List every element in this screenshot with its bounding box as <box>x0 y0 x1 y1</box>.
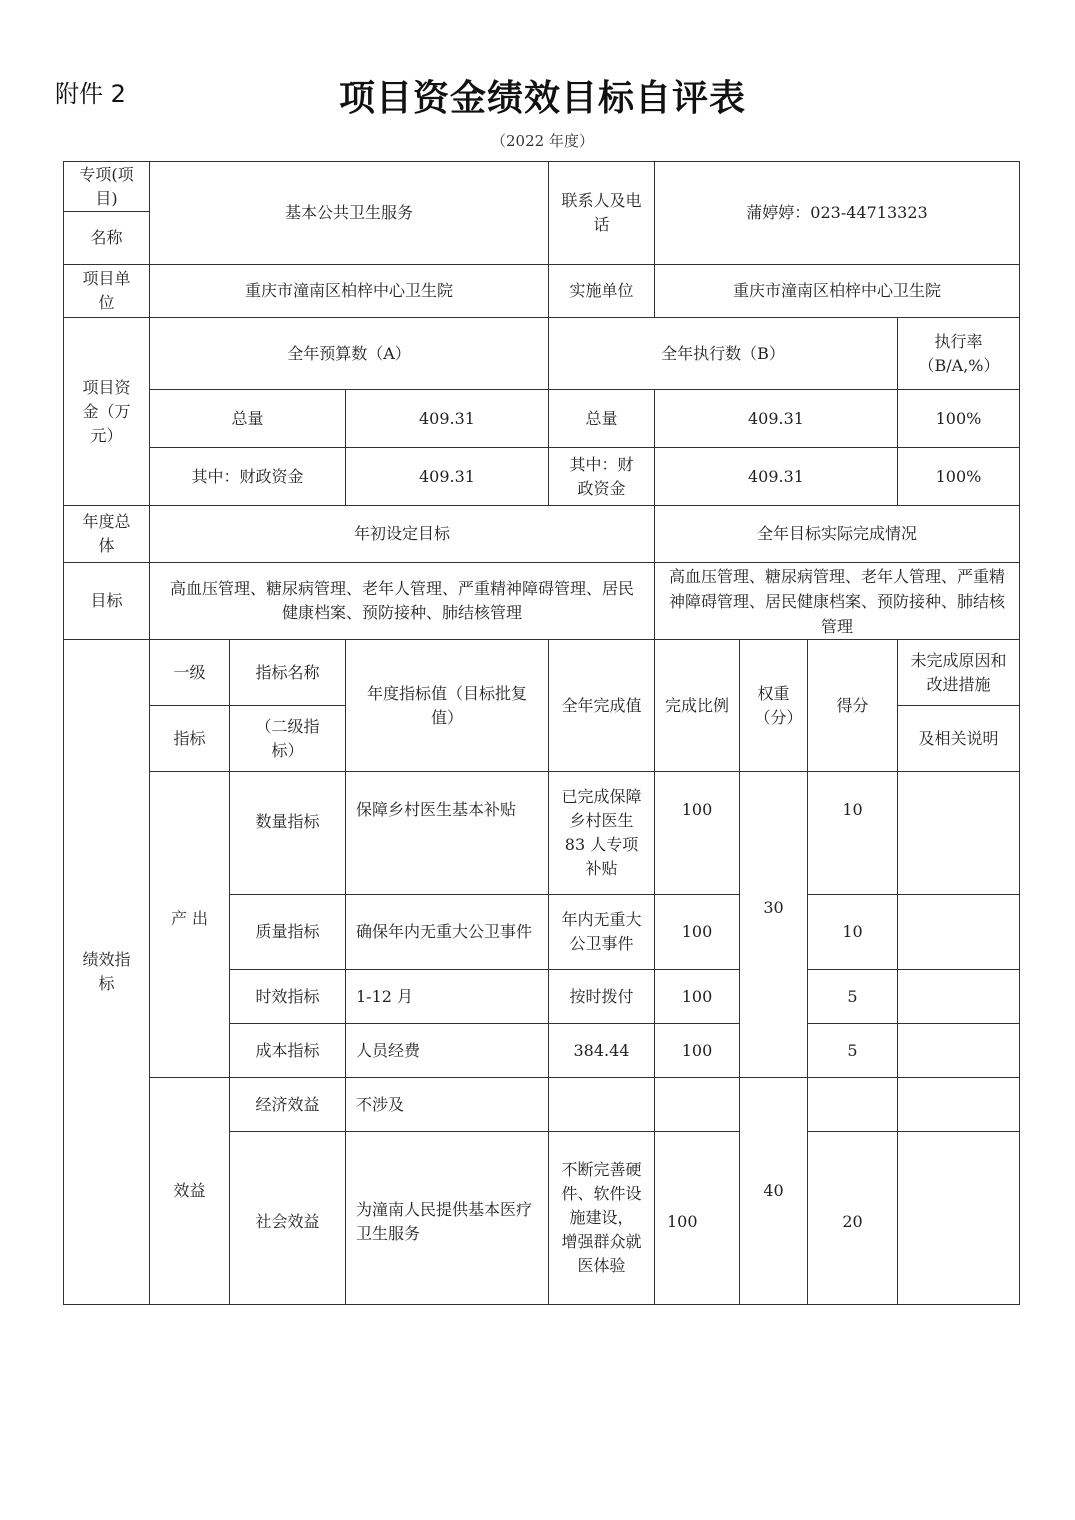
indicator-score-timeliness: 5 <box>807 969 898 1024</box>
indicator-target-economic: 不涉及 <box>345 1077 549 1132</box>
budget-header: 全年预算数（A） <box>149 317 549 390</box>
report-year: （2022 年度） <box>0 130 1075 151</box>
weight-header: 权重（分） <box>739 639 808 772</box>
target-header: 年度指标值（目标批复值） <box>345 639 549 772</box>
name-header-bottom: （二级指标） <box>229 705 346 772</box>
indicator-actual-economic <box>548 1077 655 1132</box>
exec-total-label: 总量 <box>548 389 655 448</box>
indicator-score-cost: 5 <box>807 1023 898 1078</box>
exec-total-value: 409.31 <box>654 389 898 448</box>
budget-fiscal-value: 409.31 <box>345 447 549 506</box>
indicator-score-social: 20 <box>807 1131 898 1305</box>
indicator-name-quality: 质量指标 <box>229 894 346 970</box>
indicator-name-quantity: 数量指标 <box>229 771 346 895</box>
indicator-name-timeliness: 时效指标 <box>229 969 346 1024</box>
indicator-target-cost: 人员经费 <box>345 1023 549 1078</box>
project-unit-label: 项目单位 <box>63 264 150 318</box>
budget-total-value: 409.31 <box>345 389 549 448</box>
indicator-name-cost: 成本指标 <box>229 1023 346 1078</box>
indicator-target-quantity: 保障乡村医生基本补贴 <box>345 771 549 895</box>
indicator-reason-economic <box>897 1077 1020 1132</box>
indicator-target-quality: 确保年内无重大公卫事件 <box>345 894 549 970</box>
actual-goal-value: 高血压管理、糖尿病管理、老年人管理、严重精神障碍管理、居民健康档案、预防接种、肺… <box>654 562 1020 640</box>
indicator-ratio-economic <box>654 1077 740 1132</box>
reason-header-bottom: 及相关说明 <box>897 705 1020 772</box>
level1-header-bottom: 指标 <box>149 705 230 772</box>
actual-header: 全年完成值 <box>548 639 655 772</box>
page-title: 项目资金绩效目标自评表 <box>0 70 1075 121</box>
planned-goal-value: 高血压管理、糖尿病管理、老年人管理、严重精神障碍管理、居民健康档案、预防接种、肺… <box>149 562 655 640</box>
indicator-name-economic: 经济效益 <box>229 1077 346 1132</box>
indicator-actual-quantity: 已完成保障乡村医生 83 人专项补贴 <box>548 771 655 895</box>
impl-unit-label: 实施单位 <box>548 264 655 318</box>
project-name-value: 基本公共卫生服务 <box>149 161 549 265</box>
level1-benefit: 效益 <box>149 1077 230 1305</box>
budget-fiscal-label: 其中：财政资金 <box>149 447 346 506</box>
weight-output: 30 <box>739 771 808 1078</box>
indicator-actual-timeliness: 按时拨付 <box>548 969 655 1024</box>
weight-benefit: 40 <box>739 1077 808 1305</box>
score-header: 得分 <box>807 639 898 772</box>
contact-label: 联系人及电话 <box>548 161 655 265</box>
exec-fiscal-label: 其中：财政资金 <box>548 447 655 506</box>
rate-header: 执行率（B/A,%） <box>897 317 1020 390</box>
reason-header-top: 未完成原因和改进措施 <box>897 639 1020 706</box>
level1-output: 产 出 <box>149 771 230 1078</box>
indicator-reason-cost <box>897 1023 1020 1078</box>
indicator-score-economic <box>807 1077 898 1132</box>
indicator-ratio-timeliness: 100 <box>654 969 740 1024</box>
project-unit-value: 重庆市潼南区柏梓中心卫生院 <box>149 264 549 318</box>
name-header-top: 指标名称 <box>229 639 346 706</box>
indicator-actual-cost: 384.44 <box>548 1023 655 1078</box>
executed-header: 全年执行数（B） <box>548 317 898 390</box>
exec-fiscal-value: 409.31 <box>654 447 898 506</box>
level1-header-top: 一级 <box>149 639 230 706</box>
project-name-label-top: 专项(项目) <box>63 161 150 212</box>
indicator-actual-quality: 年内无重大公卫事件 <box>548 894 655 970</box>
planned-goal-header: 年初设定目标 <box>149 505 655 563</box>
indicator-ratio-social: 100 <box>654 1131 740 1305</box>
goals-label-bottom: 目标 <box>63 562 150 640</box>
indicator-reason-quality <box>897 894 1020 970</box>
indicator-ratio-quality: 100 <box>654 894 740 970</box>
indicator-actual-social: 不断完善硬件、软件设施建设， 增强群众就医体验 <box>548 1131 655 1305</box>
actual-goal-header: 全年目标实际完成情况 <box>654 505 1020 563</box>
indicator-score-quality: 10 <box>807 894 898 970</box>
goals-label-top: 年度总体 <box>63 505 150 563</box>
indicator-ratio-quantity: 100 <box>654 771 740 895</box>
ratio-header: 完成比例 <box>654 639 740 772</box>
budget-total-label: 总量 <box>149 389 346 448</box>
contact-value: 蒲婷婷：023-44713323 <box>654 161 1020 265</box>
indicators-section-label: 绩效指标 <box>63 639 150 1305</box>
funds-section-label: 项目资金（万元） <box>63 317 150 506</box>
indicator-target-timeliness: 1-12 月 <box>345 969 549 1024</box>
rate-fiscal-value: 100% <box>897 447 1020 506</box>
indicator-target-social: 为潼南人民提供基本医疗卫生服务 <box>345 1131 549 1305</box>
indicator-score-quantity: 10 <box>807 771 898 895</box>
impl-unit-value: 重庆市潼南区柏梓中心卫生院 <box>654 264 1020 318</box>
indicator-name-social: 社会效益 <box>229 1131 346 1305</box>
rate-total-value: 100% <box>897 389 1020 448</box>
indicator-reason-quantity <box>897 771 1020 895</box>
indicator-reason-timeliness <box>897 969 1020 1024</box>
project-name-label-bottom: 名称 <box>63 211 150 265</box>
indicator-ratio-cost: 100 <box>654 1023 740 1078</box>
indicator-reason-social <box>897 1131 1020 1305</box>
